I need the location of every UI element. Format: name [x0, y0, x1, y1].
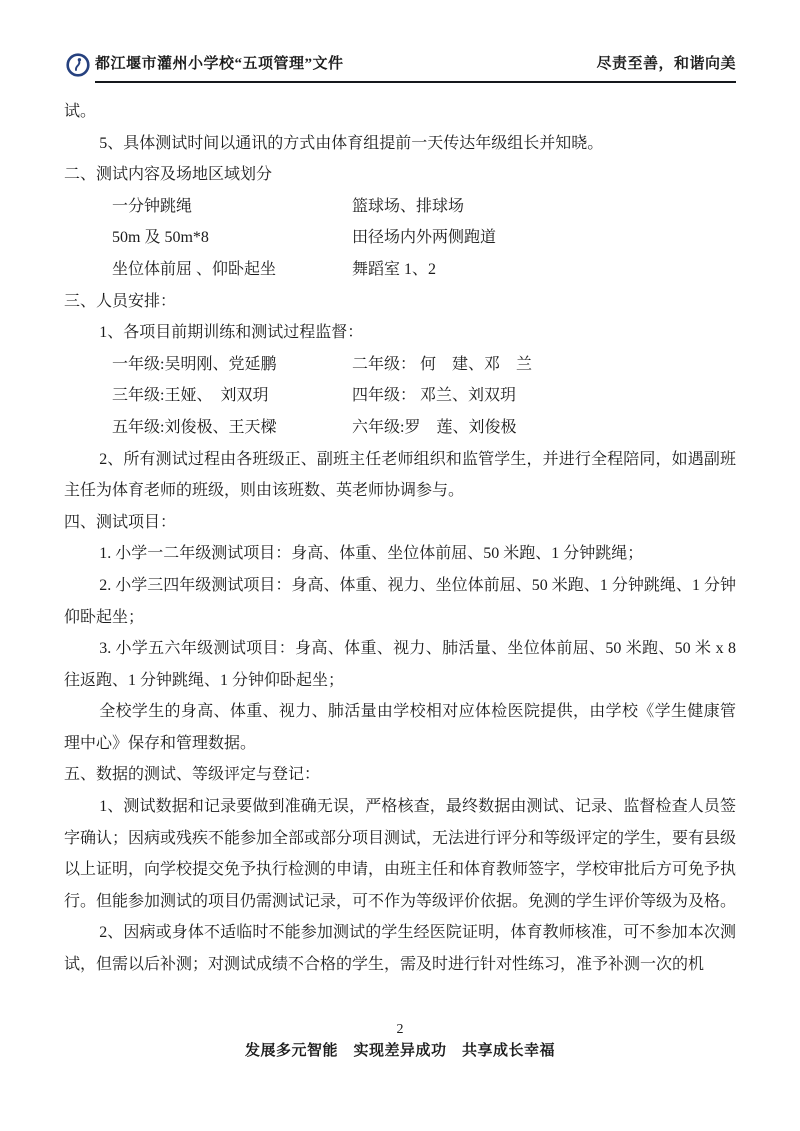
column-right: 田径场内外两侧跑道	[352, 229, 496, 246]
two-column-row: 五年级:刘俊极、王天樑 六年级:罗 莲、刘俊极	[64, 412, 736, 444]
section-heading: 五、数据的测试、等级评定与登记：	[64, 759, 736, 791]
column-left: 一年级:吴明刚、党延鹏	[112, 349, 348, 381]
column-left: 一分钟跳绳	[112, 191, 348, 223]
document-page: 都江堰市灌州小学校“五项管理”文件 尽责至善，和谐向美 试。 5、具体测试时间以…	[0, 0, 800, 1131]
column-left: 五年级:刘俊极、王天樑	[112, 412, 348, 444]
paragraph: 全校学生的身高、体重、视力、肺活量由学校相对应体检医院提供，由学校《学生健康管理…	[64, 696, 736, 759]
column-left: 50m 及 50m*8	[112, 222, 348, 254]
two-column-row: 坐位体前屈 、仰卧起坐 舞蹈室 1、2	[64, 254, 736, 286]
page-number: 2	[0, 1022, 800, 1038]
paragraph: 1、测试数据和记录要做到准确无误，严格核查，最终数据由测试、记录、监督检查人员签…	[64, 791, 736, 917]
column-left: 坐位体前屈 、仰卧起坐	[112, 254, 348, 286]
section-heading: 四、测试项目：	[64, 507, 736, 539]
document-header: 都江堰市灌州小学校“五项管理”文件 尽责至善，和谐向美	[66, 52, 736, 83]
paragraph: 3. 小学五六年级测试项目：身高、体重、视力、肺活量、坐位体前屈、50 米跑、5…	[64, 633, 736, 696]
column-right: 篮球场、排球场	[352, 198, 464, 215]
two-column-row: 一年级:吴明刚、党延鹏 二年级： 何 建、邓 兰	[64, 349, 736, 381]
paragraph-continuation: 试。	[64, 96, 736, 128]
header-rule: 都江堰市灌州小学校“五项管理”文件 尽责至善，和谐向美	[95, 52, 736, 83]
header-title: 都江堰市灌州小学校“五项管理”文件	[95, 52, 344, 73]
two-column-row: 一分钟跳绳 篮球场、排球场	[64, 191, 736, 223]
header-motto: 尽责至善，和谐向美	[596, 52, 736, 73]
section-heading: 二、测试内容及场地区域划分	[64, 159, 736, 191]
paragraph: 2. 小学三四年级测试项目：身高、体重、视力、坐位体前屈、50 米跑、1 分钟跳…	[64, 570, 736, 633]
paragraph: 1. 小学一二年级测试项目：身高、体重、坐位体前屈、50 米跑、1 分钟跳绳；	[64, 538, 736, 570]
column-right: 四年级： 邓兰、刘双玥	[352, 387, 516, 404]
column-left: 三年级:王娅、 刘双玥	[112, 380, 348, 412]
column-right: 六年级:罗 莲、刘俊极	[352, 419, 516, 436]
two-column-row: 三年级:王娅、 刘双玥 四年级： 邓兰、刘双玥	[64, 380, 736, 412]
paragraph: 5、具体测试时间以通讯的方式由体育组提前一天传达年级组长并知晓。	[64, 128, 736, 160]
paragraph: 2、因病或身体不适临时不能参加测试的学生经医院证明，体育教师核准，可不参加本次测…	[64, 917, 736, 980]
section-heading: 三、人员安排：	[64, 286, 736, 318]
document-body: 试。 5、具体测试时间以通讯的方式由体育组提前一天传达年级组长并知晓。 二、测试…	[64, 96, 736, 981]
two-column-row: 50m 及 50m*8 田径场内外两侧跑道	[64, 222, 736, 254]
paragraph: 2、所有测试过程由各班级正、副班主任老师组织和监管学生，并进行全程陪同，如遇副班…	[64, 444, 736, 507]
school-emblem-icon	[66, 53, 90, 77]
column-right: 舞蹈室 1、2	[352, 261, 436, 278]
footer-slogan: 发展多元智能 实现差异成功 共享成长幸福	[0, 1039, 800, 1060]
column-right: 二年级： 何 建、邓 兰	[352, 356, 532, 373]
page-footer: 2 发展多元智能 实现差异成功 共享成长幸福	[0, 1022, 800, 1060]
paragraph: 1、各项目前期训练和测试过程监督：	[64, 317, 736, 349]
